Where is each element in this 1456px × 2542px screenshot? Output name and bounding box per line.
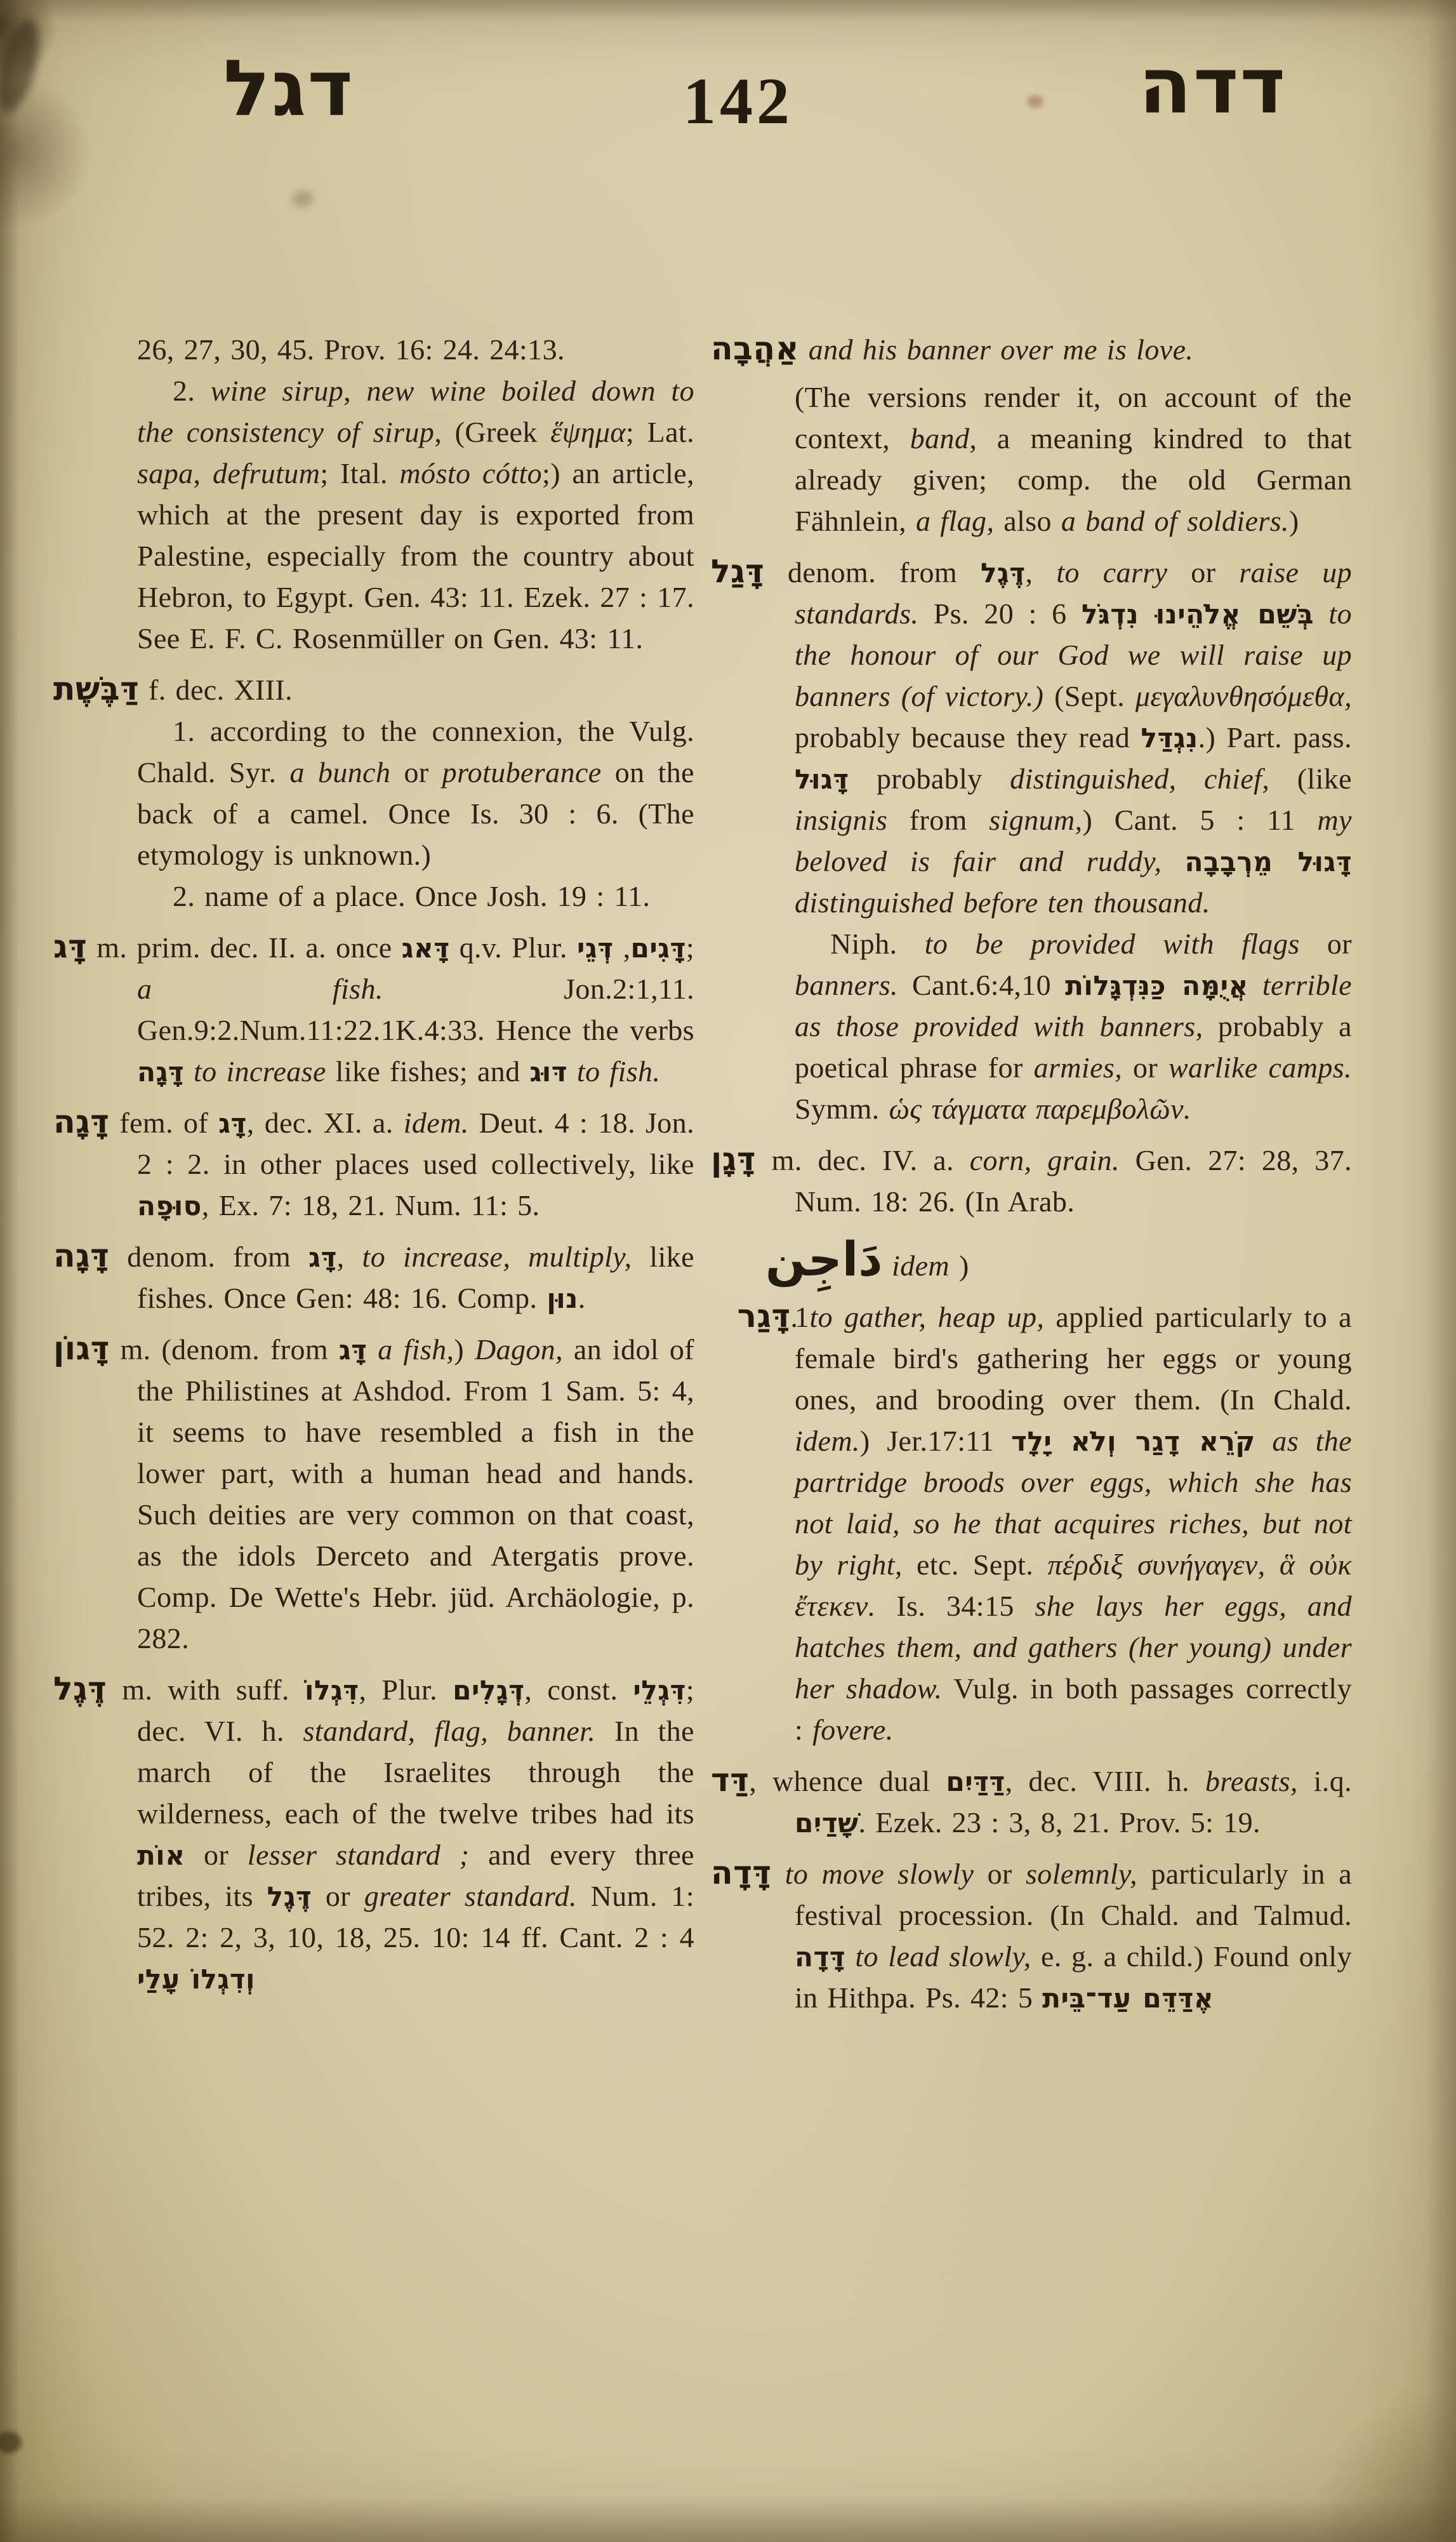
hebrew-text: סוּפָה <box>137 1190 202 1221</box>
italic-text: to gather, heap up, <box>809 1301 1044 1333</box>
italic-text: a fish, <box>378 1333 454 1366</box>
italic-text: sapa <box>137 457 194 489</box>
body-text: ; Lat. <box>626 416 694 448</box>
body-text <box>1161 845 1184 877</box>
lexicon-paragraph: دَاجِن idem ) <box>795 1236 1352 1286</box>
body-text <box>845 1940 855 1973</box>
entry-headword: דָּגָה <box>53 1237 109 1274</box>
hebrew-text: אֲיֻמָּה כַּנִּדְגָּלוֹת <box>1065 970 1248 1001</box>
lexicon-paragraph: 2. name of a place. Once Josh. 19 : 11. <box>137 875 694 917</box>
italic-text: warlike camps. <box>1168 1051 1352 1084</box>
italic-text: greater standard. <box>364 1880 577 1912</box>
body-text: also <box>994 505 1061 537</box>
body-text: . <box>578 1282 586 1314</box>
body-text <box>799 333 809 366</box>
italic-text: armies, <box>1034 1051 1123 1084</box>
running-head-right-catchword: דדה <box>1139 47 1287 124</box>
hebrew-text: דְּגָלִים <box>453 1675 524 1706</box>
hebrew-text: דָּדָה <box>795 1941 845 1973</box>
body-text: , <box>1026 556 1057 589</box>
hebrew-text: דָּג <box>308 1242 337 1273</box>
body-text: or <box>1300 928 1352 960</box>
italic-text: idem <box>892 1249 950 1282</box>
lexicon-entry-paragraph: דָּגָה denom. from דָּג, to increase, mu… <box>137 1236 694 1319</box>
body-text <box>567 1055 577 1088</box>
entry-headword: דָּגַר <box>737 1297 790 1334</box>
hebrew-text: אֶדַּדֵּם עַד־בֵּית <box>1042 1983 1214 2014</box>
body-text <box>1248 969 1262 1001</box>
lexicon-entry-paragraph: דָּג m. prim. dec. II. a. once דָּאג q.v… <box>137 927 694 1092</box>
italic-text: to increase, multiply, <box>362 1241 632 1273</box>
paper-stain <box>292 190 314 207</box>
body-text <box>367 1333 378 1366</box>
body-text: 2. <box>173 375 211 407</box>
lexicon-entry-paragraph: דָּגָה fem. of דָּג, dec. XI. a. idem. D… <box>137 1102 694 1226</box>
hebrew-text: אוֹת <box>137 1840 185 1871</box>
hebrew-text: דְּגֵי <box>577 933 613 964</box>
body-text: fem. of <box>109 1107 218 1139</box>
body-text: , const. <box>524 1674 633 1706</box>
italic-text: breasts, <box>1205 1765 1298 1797</box>
hebrew-text: וְדִגְלוֹ עָלַי <box>137 1964 255 1995</box>
lexicon-paragraph: 1. according to the connexion, the Vulg.… <box>137 710 694 875</box>
body-text: denom. from <box>764 556 981 589</box>
italic-text: a fish. <box>137 973 383 1005</box>
italic-text: distinguished before ten thousand. <box>795 886 1210 919</box>
hebrew-text: דַּדַּיִם <box>946 1766 1005 1797</box>
body-text: Niph. <box>830 928 925 960</box>
body-text: or <box>185 1839 247 1871</box>
lexicon-entry-paragraph: דָּגַל denom. from דֶּגֶל, to carry or r… <box>795 552 1352 923</box>
body-text: or <box>1167 556 1239 589</box>
body-text: probably <box>849 762 1010 795</box>
hebrew-text: בְּשֵׁם אֱלֹהֵינוּ נִדְגֹּל <box>1082 599 1314 630</box>
scanned-lexicon-page: דגל 142 דדה 26, 27, 30, 45. Prov. 16: 24… <box>0 0 1456 2542</box>
body-text: ) Cant. 5 : 11 <box>1082 804 1317 836</box>
body-text: .) Part. pass. <box>1198 721 1352 754</box>
italic-text: distinguished, chief, <box>1010 762 1269 795</box>
arabic-text: دَاجِن <box>765 1232 883 1287</box>
italic-text: idem. <box>795 1425 860 1457</box>
hebrew-text: דָּגוּל <box>795 764 849 795</box>
body-text: q.v. Plur. <box>450 931 578 964</box>
italic-text: Dagon, <box>475 1333 563 1366</box>
body-text: from <box>887 804 989 836</box>
lexicon-entry-paragraph: דָּגָן m. dec. IV. a. corn, grain. Gen. … <box>795 1140 1352 1222</box>
body-text <box>883 1249 892 1282</box>
entry-headword: אַהֲבָה <box>711 329 799 367</box>
italic-text: protuberance <box>442 756 602 789</box>
lexicon-paragraph: (The versions render it, on account of t… <box>795 376 1352 542</box>
body-text: i.q. <box>1298 1765 1352 1797</box>
italic-text: to fish. <box>577 1055 660 1088</box>
body-text: , <box>194 457 213 489</box>
body-text: Cant.6:4,10 <box>898 969 1065 1001</box>
body-text: , Plur. <box>359 1674 453 1706</box>
italic-text: to move slowly <box>785 1858 974 1890</box>
body-text: etc. Sept. <box>903 1548 1048 1581</box>
entry-headword: דַּד <box>711 1761 749 1799</box>
italic-text: insignis <box>795 804 887 836</box>
italic-text: signum, <box>989 804 1082 836</box>
lexicon-paragraph: Niph. to be provided with flags or banne… <box>795 923 1352 1129</box>
lexicon-entry-paragraph: דַּד, whence dual דַּדַּיִם, dec. VIII. … <box>795 1760 1352 1843</box>
body-text: ; Ital. <box>320 457 399 489</box>
italic-text: wine sirup <box>211 375 343 407</box>
body-text: 26, 27, 30, 45. Prov. 16: 24. 24:13. <box>137 333 565 366</box>
hebrew-text: דָּג <box>218 1108 247 1139</box>
body-text: , <box>343 375 366 407</box>
body-text: Ps. 20 : 6 <box>918 597 1082 630</box>
italic-text: lesser standard ; <box>248 1839 470 1871</box>
paper-stain <box>0 15 46 116</box>
body-text <box>771 1858 784 1890</box>
italic-text: fovere. <box>812 1714 894 1746</box>
italic-text: banners. <box>795 969 898 1001</box>
body-text: , whence dual <box>749 1765 946 1797</box>
hebrew-text: דָּגוּל מֵרְבָבָה <box>1184 846 1352 877</box>
hebrew-text: דָּגָה <box>137 1056 184 1088</box>
lexicon-entry-paragraph: דָּגַר 1. to gather, heap up, applied pa… <box>795 1296 1352 1750</box>
body-text: Symm. <box>795 1093 889 1125</box>
italic-text: to lead slowly, <box>855 1940 1031 1973</box>
running-head-page-number: 142 <box>683 69 793 135</box>
lexicon-paragraph: 26, 27, 30, 45. Prov. 16: 24. 24:13. <box>137 329 694 370</box>
hebrew-text: נִגְדַּל <box>1141 722 1198 754</box>
paper-stain <box>0 2432 22 2453</box>
italic-text: solemnly, <box>1026 1858 1137 1890</box>
body-text: ) <box>454 1333 475 1366</box>
italic-text: a bunch <box>289 756 390 789</box>
hebrew-text: דָּאג <box>402 933 450 964</box>
body-text: , <box>337 1241 362 1273</box>
body-text: ) Jer.17:11 <box>860 1425 1011 1457</box>
body-text: , <box>614 931 631 964</box>
italic-text: to carry <box>1056 556 1167 589</box>
body-text: . Ezek. 23 : 3, 8, 21. Prov. 5: 19. <box>858 1806 1260 1839</box>
hebrew-text: דֶּגֶל <box>981 557 1026 589</box>
lexicon-entry-paragraph: דֶּגֶל m. with suff. דִּגְלוֹ, Plur. דְּ… <box>137 1669 694 1999</box>
body-text: Is. 34:15 <box>876 1590 1035 1622</box>
running-head-left-catchword: דגל <box>223 50 354 127</box>
greek-text: ἕψημα <box>550 416 626 448</box>
italic-text: a flag, <box>916 505 994 537</box>
lexicon-entry-paragraph: דָּגוֹן m. (denom. from דָּג a fish,) Da… <box>137 1329 694 1659</box>
body-text: , (Greek <box>434 416 550 448</box>
italic-text: to increase <box>194 1055 326 1088</box>
italic-text: mósto cótto <box>400 457 543 489</box>
body-text: m. prim. dec. II. a. once <box>87 931 402 964</box>
body-text: or <box>312 1880 364 1912</box>
hebrew-text: דּוּג <box>529 1056 567 1088</box>
lexicon-entry-paragraph: אַהֲבָה and his banner over me is love. <box>795 329 1352 370</box>
body-text: (Sept. <box>1043 680 1135 712</box>
lexicon-column-right: אַהֲבָה and his banner over me is love.(… <box>795 329 1352 2018</box>
entry-headword: דָּגָה <box>53 1103 109 1140</box>
body-text: (like <box>1269 762 1352 795</box>
body-text <box>1314 597 1328 630</box>
greek-text: ὡς τάγματα παρεμβολῶν. <box>889 1093 1191 1125</box>
body-text: , dec. VIII. h. <box>1005 1765 1205 1797</box>
body-text: probably because they read <box>795 721 1141 754</box>
body-text: ; <box>686 931 694 964</box>
body-text: f. dec. XIII. <box>139 674 293 706</box>
body-text: like fishes; and <box>326 1055 530 1088</box>
paper-stain <box>1027 95 1043 108</box>
italic-text: a band of soldiers. <box>1061 505 1289 537</box>
hebrew-text: נוּן <box>546 1283 578 1314</box>
entry-headword: דָּגָן <box>711 1140 756 1178</box>
entry-headword: דָּגַל <box>711 552 764 590</box>
body-text <box>184 1055 194 1088</box>
body-text: denom. from <box>109 1241 308 1273</box>
entry-headword: דֶּגֶל <box>53 1670 107 1707</box>
body-text: 2. name of a place. Once Josh. 19 : 11. <box>173 880 650 912</box>
hebrew-text: דִּגְלֵי <box>633 1675 685 1706</box>
body-text: an idol of the Philistines at Ashdod. Fr… <box>137 1333 694 1654</box>
lexicon-paragraph: 2. wine sirup, new wine boiled down to t… <box>137 370 694 659</box>
italic-text: defrutum <box>213 457 320 489</box>
entry-headword: דָּדָה <box>711 1854 771 1891</box>
italic-text: corn, grain. <box>970 1144 1120 1176</box>
italic-text: standard, flag, banner. <box>303 1715 595 1747</box>
entry-headword: דָּג <box>53 928 87 965</box>
body-text: or <box>974 1858 1026 1890</box>
hebrew-text: דִּגְלוֹ <box>305 1675 359 1706</box>
hebrew-text: דָּגִים <box>631 933 686 964</box>
hebrew-text: דֶּגֶל <box>267 1881 312 1912</box>
hebrew-text: שָׁדַיִם <box>795 1807 858 1839</box>
body-text: or <box>1122 1051 1168 1084</box>
greek-text: μεγαλυνθησόμεθα, <box>1135 680 1352 712</box>
body-text: m. with suff. <box>107 1674 305 1706</box>
body-text: ) <box>1289 505 1299 537</box>
italic-text: and his banner over me is love. <box>809 333 1194 366</box>
body-text: ) <box>950 1249 969 1282</box>
hebrew-text: דָּג <box>339 1334 367 1366</box>
body-text: , Ex. 7: 18, 21. Num. 11: 5. <box>202 1189 540 1221</box>
body-text: m. dec. IV. a. <box>756 1144 970 1176</box>
italic-text: to be provided with flags <box>925 928 1300 960</box>
hebrew-text: קֹרֵא דָגַר וְלֹא יָלָד <box>1011 1426 1255 1457</box>
lexicon-entry-paragraph: דַּבֶּשֶׁת f. dec. XIII. <box>137 669 694 710</box>
body-text: m. (denom. from <box>110 1333 339 1366</box>
entry-headword: דַּבֶּשֶׁת <box>53 670 139 707</box>
lexicon-column-left: 26, 27, 30, 45. Prov. 16: 24. 24:13.2. w… <box>137 329 694 1999</box>
entry-headword: דָּגוֹן <box>53 1329 110 1367</box>
body-text <box>1255 1425 1273 1457</box>
body-text: or <box>390 756 442 789</box>
body-text: , dec. XI. a. <box>247 1107 404 1139</box>
lexicon-entry-paragraph: דָּדָה to move slowly or solemnly, parti… <box>795 1853 1352 2018</box>
italic-text: idem. <box>404 1107 469 1139</box>
italic-text: band, <box>910 422 977 455</box>
